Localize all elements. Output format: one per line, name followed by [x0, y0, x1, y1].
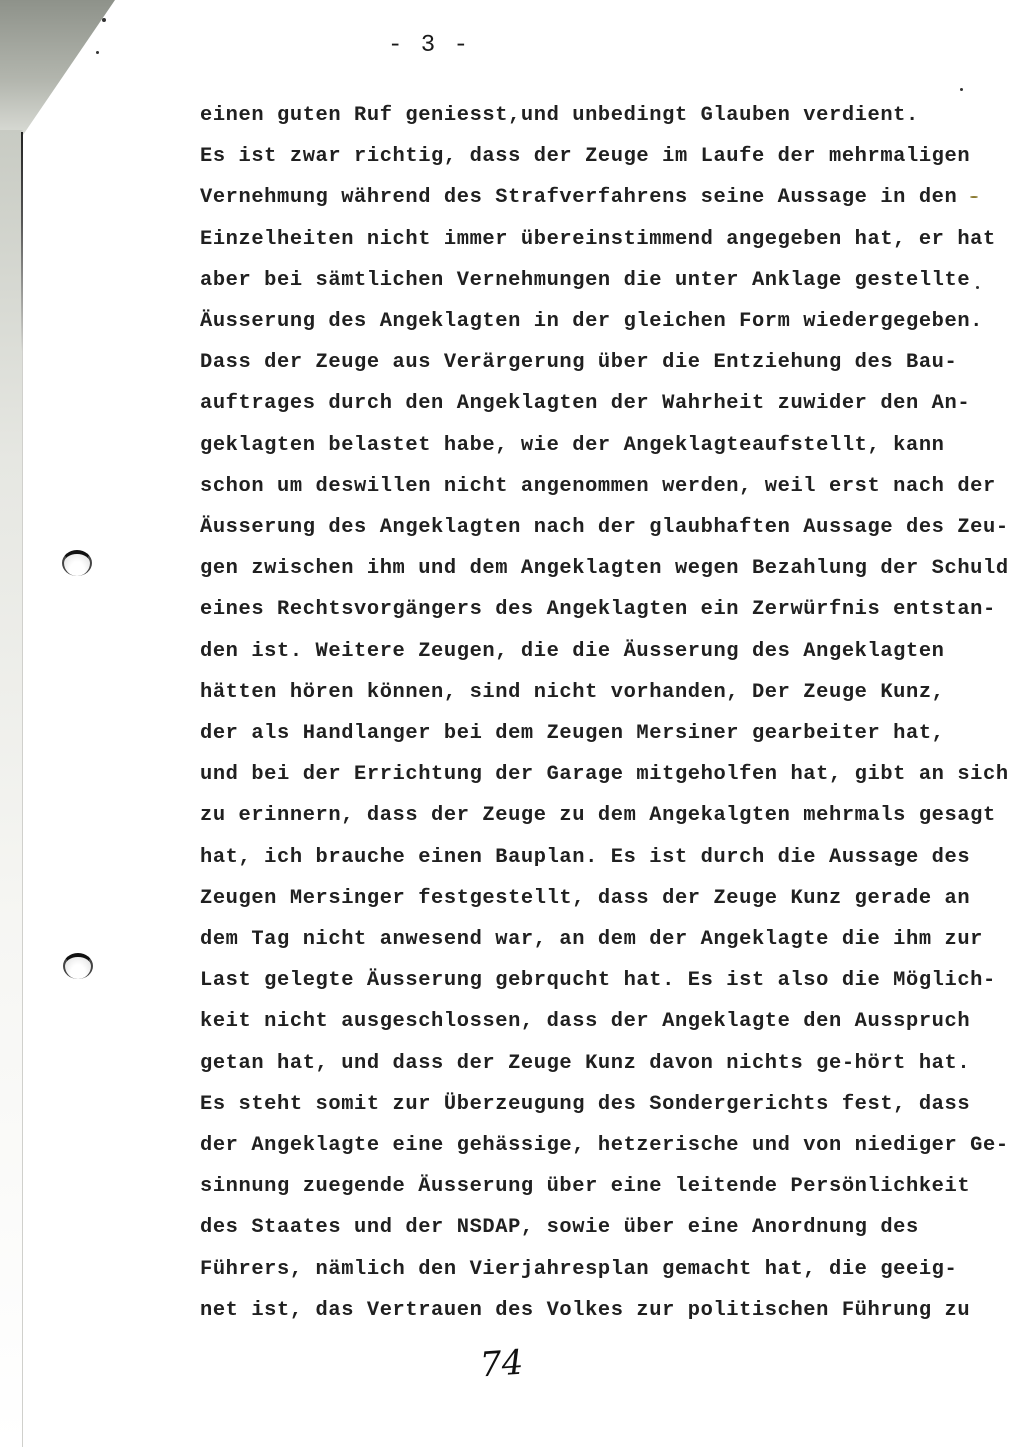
text-line: sinnung zuegende Äusserung über eine lei… [200, 1175, 970, 1199]
text-line: aber bei sämtlichen Vernehmungen die unt… [200, 269, 970, 293]
text-line: geklagten belastet habe, wie der Angekla… [200, 434, 945, 458]
scan-speck [96, 51, 99, 54]
text-line: keit nicht ausgeschlossen, dass der Ange… [200, 1010, 970, 1034]
text-line: Äusserung des Angeklagten in der gleiche… [200, 310, 983, 334]
text-line: hätten hören können, sind nicht vorhande… [200, 681, 945, 705]
text-line: Last gelegte Äusserung gebrqucht hat. Es… [200, 969, 996, 993]
scan-speck [102, 18, 106, 22]
text-line: der als Handlanger bei dem Zeugen Mersin… [200, 722, 945, 746]
text-line: zu erinnern, dass der Zeuge zu dem Angek… [200, 804, 996, 828]
text-line: Dass der Zeuge aus Verärgerung über die … [200, 351, 957, 375]
text-line: Vernehmung während des Strafverfahrens s… [200, 186, 957, 210]
text-line: getan hat, und dass der Zeuge Kunz davon… [200, 1052, 970, 1076]
punch-hole-icon [63, 953, 93, 979]
page-edge-line [21, 132, 23, 352]
scan-speck [970, 196, 978, 198]
text-line: schon um deswillen nicht angenommen werd… [200, 475, 996, 499]
text-line: eines Rechtsvorgängers des Angeklagten e… [200, 598, 996, 622]
folded-corner-shadow [0, 0, 115, 135]
text-line: Einzelheiten nicht immer übereinstimmend… [200, 228, 996, 252]
text-line: auftrages durch den Angeklagten der Wahr… [200, 392, 970, 416]
text-line: Es ist zwar richtig, dass der Zeuge im L… [200, 145, 970, 169]
text-line: Es steht somit zur Überzeugung des Sonde… [200, 1093, 970, 1117]
text-line: gen zwischen ihm und dem Angeklagten weg… [200, 557, 1009, 581]
text-line: des Staates und der NSDAP, sowie über ei… [200, 1216, 919, 1240]
scan-speck [960, 88, 963, 91]
text-line: und bei der Errichtung der Garage mitgeh… [200, 763, 1009, 787]
text-line: einen guten Ruf geniesst,und unbedingt G… [200, 104, 919, 128]
text-line: hat, ich brauche einen Bauplan. Es ist d… [200, 846, 970, 870]
page-number: - 3 - [388, 32, 470, 59]
text-line: net ist, das Vertrauen des Volkes zur po… [200, 1299, 970, 1323]
scan-speck [976, 286, 979, 289]
text-line: der Angeklagte eine gehässige, hetzerisc… [200, 1134, 1009, 1158]
text-line: dem Tag nicht anwesend war, an dem der A… [200, 928, 983, 952]
handwritten-folio-number: 74 [479, 1343, 525, 1386]
binding-edge [0, 130, 23, 1447]
punch-hole-icon [62, 550, 92, 576]
text-line: Äusserung des Angeklagten nach der glaub… [200, 516, 1009, 540]
text-line: Führers, nämlich den Vierjahresplan gema… [200, 1258, 957, 1282]
text-line: den ist. Weitere Zeugen, die die Äusseru… [200, 640, 945, 664]
text-line: Zeugen Mersinger festgestellt, dass der … [200, 887, 970, 911]
